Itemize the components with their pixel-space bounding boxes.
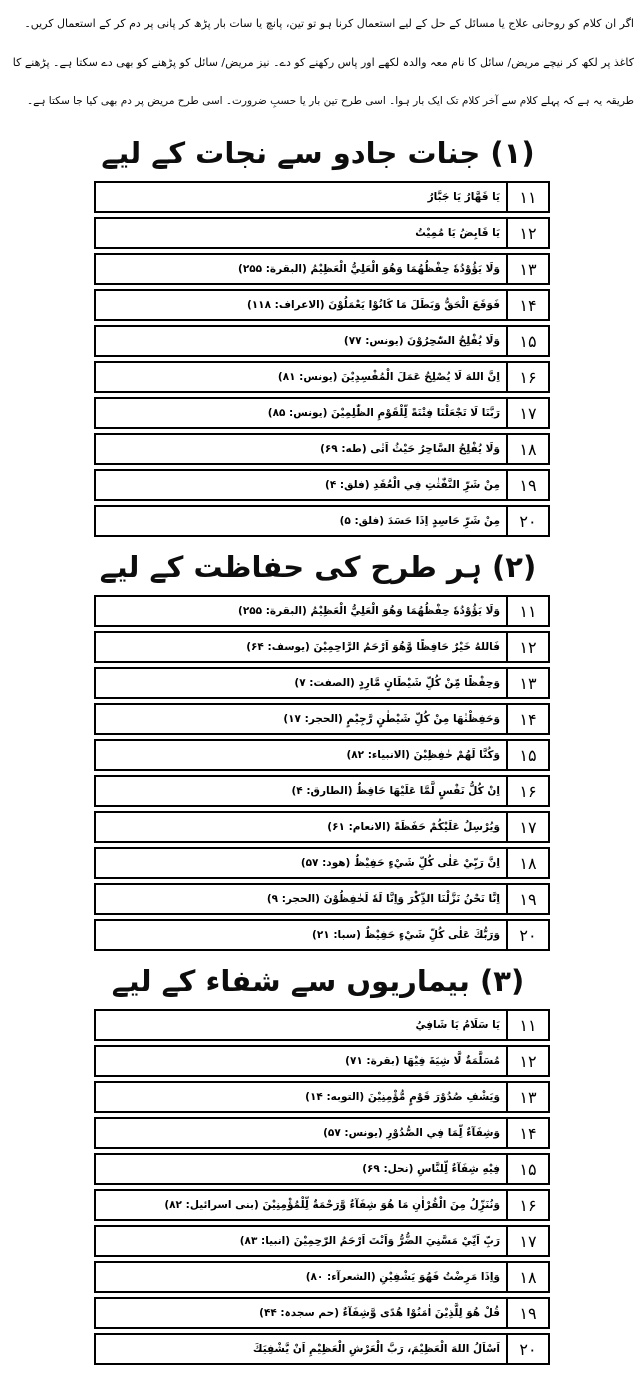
row-number: ۱۴: [506, 705, 548, 733]
table-row: ۲۰اَسْاَلُ اللهَ الْعَظِيْمَ، رَبَّ الْع…: [94, 1333, 550, 1365]
row-text: وَلَا يَؤُوْدُهٗ حِفْظُهُمَا وَهُوَ الْع…: [96, 255, 506, 283]
row-number: ۱۷: [506, 399, 548, 427]
row-text: وَيَشْفِ صُدُوْرَ قَوْمٍ مُّؤْمِنِيْنَ (…: [96, 1083, 506, 1111]
table-row: ۱۱وَلَا يَؤُوْدُهٗ حِفْظُهُمَا وَهُوَ ال…: [94, 595, 550, 627]
table-row: ۱۷وَيُرْسِلُ عَلَيْكُمْ حَفَظَةً (الانعا…: [94, 811, 550, 843]
row-text: يَا قَابِضُ يَا مُمِيْتُ: [96, 219, 506, 247]
row-number: ۱۷: [506, 1227, 548, 1255]
row-number: ۱۱: [506, 183, 548, 211]
section-3: (۳) بیماریوں سے شفاء کے لیے۱۱يَا سَلَامُ…: [0, 957, 636, 1365]
row-text: اِنَّ رَبِّيْ عَلٰى كُلِّ شَيْءٍ حَفِيْظ…: [96, 849, 506, 877]
section-heading: (۲) ہر طرح کی حفاظت کے لیے: [0, 543, 636, 591]
row-text: وَكُنَّا لَهُمْ حٰفِظِيْنَ (الانبياء: ۸۲…: [96, 741, 506, 769]
row-text: وَحَفِظْنٰهَا مِنْ كُلِّ شَيْطٰنٍ رَّجِي…: [96, 705, 506, 733]
row-number: ۲۰: [506, 1335, 548, 1363]
intro-line: کاغذ پر لکھ کر نیچے مریض/ سائل کا نام مع…: [2, 43, 634, 82]
row-number: ۱۵: [506, 327, 548, 355]
document-page: اگر ان کلام کو روحانی علاج یا مسائل کے ح…: [0, 0, 636, 1394]
row-number: ۱۴: [506, 291, 548, 319]
table-row: ۱۵وَلَا يُفْلِحُ السّٰحِرُوْنَ (يونس: ۷۷…: [94, 325, 550, 357]
intro-line: اگر ان کلام کو روحانی علاج یا مسائل کے ح…: [2, 4, 634, 43]
row-text: مِنْ شَرِّ النَّفّٰثٰتِ فِي الْعُقَدِ (ف…: [96, 471, 506, 499]
table-row: ۱۲فَاللهُ خَيْرٌ حَافِظًا وَّهُوَ اَرْحَ…: [94, 631, 550, 663]
table-row: ۱۳وَيَشْفِ صُدُوْرَ قَوْمٍ مُّؤْمِنِيْنَ…: [94, 1081, 550, 1113]
table-row: ۲۰وَرَبُّكَ عَلٰى كُلِّ شَيْءٍ حَفِيْظٌ …: [94, 919, 550, 951]
table-row: ۱۸وَلَا يُفْلِحُ السَّاحِرُ حَيْثُ اَتٰى…: [94, 433, 550, 465]
row-text: يَا قَهَّارُ يَا جَبَّارُ: [96, 183, 506, 211]
table-row: ۱۱يَا سَلَامُ يَا شَافِيُ: [94, 1009, 550, 1041]
row-number: ۱۶: [506, 777, 548, 805]
row-text: رَبِّ اَنِّيْ مَسَّنِيَ الضُّرُّ وَاَنْت…: [96, 1227, 506, 1255]
table-row: ۱۹اِنَّا نَحْنُ نَزَّلْنَا الذِّكْرَ وَا…: [94, 883, 550, 915]
section-heading: (۳) بیماریوں سے شفاء کے لیے: [0, 957, 636, 1005]
row-number: ۱۹: [506, 471, 548, 499]
row-number: ۱۳: [506, 255, 548, 283]
row-text: اِنَّا نَحْنُ نَزَّلْنَا الذِّكْرَ وَاِن…: [96, 885, 506, 913]
row-text: وَنُنَزِّلُ مِنَ الْقُرْاٰنِ مَا هُوَ شِ…: [96, 1191, 506, 1219]
table-row: ۱۹قُلْ هُوَ لِلَّذِيْنَ اٰمَنُوْا هُدًى …: [94, 1297, 550, 1329]
row-text: قُلْ هُوَ لِلَّذِيْنَ اٰمَنُوْا هُدًى وَ…: [96, 1299, 506, 1327]
table-row: ۱۴فَوَقَعَ الْحَقُّ وَبَطَلَ مَا كَانُوْ…: [94, 289, 550, 321]
quote-table: ۱۱وَلَا يَؤُوْدُهٗ حِفْظُهُمَا وَهُوَ ال…: [94, 595, 550, 951]
row-text: يَا سَلَامُ يَا شَافِيُ: [96, 1011, 506, 1039]
row-text: فَاللهُ خَيْرٌ حَافِظًا وَّهُوَ اَرْحَمُ…: [96, 633, 506, 661]
table-row: ۱۴وَشِفَآءٌ لِّمَا فِي الصُّدُوْرِ (يونس…: [94, 1117, 550, 1149]
row-text: اِنْ كُلُّ نَفْسٍ لَّمَّا عَلَيْهَا حَاف…: [96, 777, 506, 805]
row-text: وَاِذَا مَرِضْتُ فَهُوَ يَشْفِيْنِ (الشع…: [96, 1263, 506, 1291]
row-number: ۲۰: [506, 921, 548, 949]
section-1: (۱) جنات جادو سے نجات کے لیے۱۱يَا قَهَّا…: [0, 129, 636, 537]
table-row: ۱۶اِنْ كُلُّ نَفْسٍ لَّمَّا عَلَيْهَا حَ…: [94, 775, 550, 807]
table-row: ۱۲مُسَلَّمَةٌ لَّا شِيَةَ فِيْهَا (بقرة:…: [94, 1045, 550, 1077]
row-text: وَرَبُّكَ عَلٰى كُلِّ شَيْءٍ حَفِيْظٌ (س…: [96, 921, 506, 949]
row-number: ۱۹: [506, 1299, 548, 1327]
row-number: ۱۶: [506, 1191, 548, 1219]
row-number: ۱۱: [506, 1011, 548, 1039]
row-text: وَحِفْظًا مِّنْ كُلِّ شَيْطَانٍ مَّارِدٍ…: [96, 669, 506, 697]
row-text: وَشِفَآءٌ لِّمَا فِي الصُّدُوْرِ (يونس: …: [96, 1119, 506, 1147]
row-number: ۱۸: [506, 435, 548, 463]
row-number: ۱۲: [506, 219, 548, 247]
row-text: وَيُرْسِلُ عَلَيْكُمْ حَفَظَةً (الانعام:…: [96, 813, 506, 841]
intro-paragraph: اگر ان کلام کو روحانی علاج یا مسائل کے ح…: [0, 0, 636, 123]
row-text: فِيْهِ شِفَآءٌ لِّلنَّاسِ (نحل: ۶۹): [96, 1155, 506, 1183]
intro-line: طریقہ یہ ہے کہ پہلے کلام سے آخر کلام تک …: [2, 82, 634, 121]
row-number: ۱۷: [506, 813, 548, 841]
section-heading: (۱) جنات جادو سے نجات کے لیے: [0, 129, 636, 177]
table-row: ۱۵فِيْهِ شِفَآءٌ لِّلنَّاسِ (نحل: ۶۹): [94, 1153, 550, 1185]
table-row: ۲۰مِنْ شَرِّ حَاسِدٍ اِذَا حَسَدَ (فلق: …: [94, 505, 550, 537]
row-text: وَلَا يُفْلِحُ السَّاحِرُ حَيْثُ اَتٰى (…: [96, 435, 506, 463]
table-row: ۱۹مِنْ شَرِّ النَّفّٰثٰتِ فِي الْعُقَدِ …: [94, 469, 550, 501]
row-text: وَلَا يَؤُوْدُهٗ حِفْظُهُمَا وَهُوَ الْع…: [96, 597, 506, 625]
row-number: ۱۹: [506, 885, 548, 913]
row-number: ۱۵: [506, 1155, 548, 1183]
quote-table: ۱۱يَا سَلَامُ يَا شَافِيُ۱۲مُسَلَّمَةٌ ل…: [94, 1009, 550, 1365]
row-text: فَوَقَعَ الْحَقُّ وَبَطَلَ مَا كَانُوْا …: [96, 291, 506, 319]
row-number: ۱۳: [506, 1083, 548, 1111]
row-text: وَلَا يُفْلِحُ السّٰحِرُوْنَ (يونس: ۷۷): [96, 327, 506, 355]
row-text: اِنَّ اللهَ لَا يُصْلِحُ عَمَلَ الْمُفْس…: [96, 363, 506, 391]
row-text: مُسَلَّمَةٌ لَّا شِيَةَ فِيْهَا (بقرة: ۷…: [96, 1047, 506, 1075]
table-row: ۱۴وَحَفِظْنٰهَا مِنْ كُلِّ شَيْطٰنٍ رَّج…: [94, 703, 550, 735]
table-row: ۱۶وَنُنَزِّلُ مِنَ الْقُرْاٰنِ مَا هُوَ …: [94, 1189, 550, 1221]
row-number: ۱۳: [506, 669, 548, 697]
row-number: ۱۸: [506, 1263, 548, 1291]
row-number: ۱۲: [506, 1047, 548, 1075]
table-row: ۱۷رَبِّ اَنِّيْ مَسَّنِيَ الضُّرُّ وَاَن…: [94, 1225, 550, 1257]
section-2: (۲) ہر طرح کی حفاظت کے لیے۱۱وَلَا يَؤُوْ…: [0, 543, 636, 951]
table-row: ۱۵وَكُنَّا لَهُمْ حٰفِظِيْنَ (الانبياء: …: [94, 739, 550, 771]
row-number: ۲۰: [506, 507, 548, 535]
row-number: ۱۲: [506, 633, 548, 661]
table-row: ۱۶اِنَّ اللهَ لَا يُصْلِحُ عَمَلَ الْمُف…: [94, 361, 550, 393]
table-row: ۱۷رَبَّنَا لَا تَجْعَلْنَا فِتْنَةً لِّل…: [94, 397, 550, 429]
row-text: اَسْاَلُ اللهَ الْعَظِيْمَ، رَبَّ الْعَر…: [96, 1335, 506, 1363]
table-row: ۱۲يَا قَابِضُ يَا مُمِيْتُ: [94, 217, 550, 249]
table-row: ۱۱يَا قَهَّارُ يَا جَبَّارُ: [94, 181, 550, 213]
row-number: ۱۴: [506, 1119, 548, 1147]
row-number: ۱۱: [506, 597, 548, 625]
row-number: ۱۵: [506, 741, 548, 769]
row-number: ۱۶: [506, 363, 548, 391]
table-row: ۱۸اِنَّ رَبِّيْ عَلٰى كُلِّ شَيْءٍ حَفِي…: [94, 847, 550, 879]
row-number: ۱۸: [506, 849, 548, 877]
sections-container: (۱) جنات جادو سے نجات کے لیے۱۱يَا قَهَّا…: [0, 129, 636, 1365]
table-row: ۱۳وَلَا يَؤُوْدُهٗ حِفْظُهُمَا وَهُوَ ال…: [94, 253, 550, 285]
table-row: ۱۳وَحِفْظًا مِّنْ كُلِّ شَيْطَانٍ مَّارِ…: [94, 667, 550, 699]
row-text: رَبَّنَا لَا تَجْعَلْنَا فِتْنَةً لِّلْق…: [96, 399, 506, 427]
quote-table: ۱۱يَا قَهَّارُ يَا جَبَّارُ۱۲يَا قَابِضُ…: [94, 181, 550, 537]
row-text: مِنْ شَرِّ حَاسِدٍ اِذَا حَسَدَ (فلق: ۵): [96, 507, 506, 535]
table-row: ۱۸وَاِذَا مَرِضْتُ فَهُوَ يَشْفِيْنِ (ال…: [94, 1261, 550, 1293]
